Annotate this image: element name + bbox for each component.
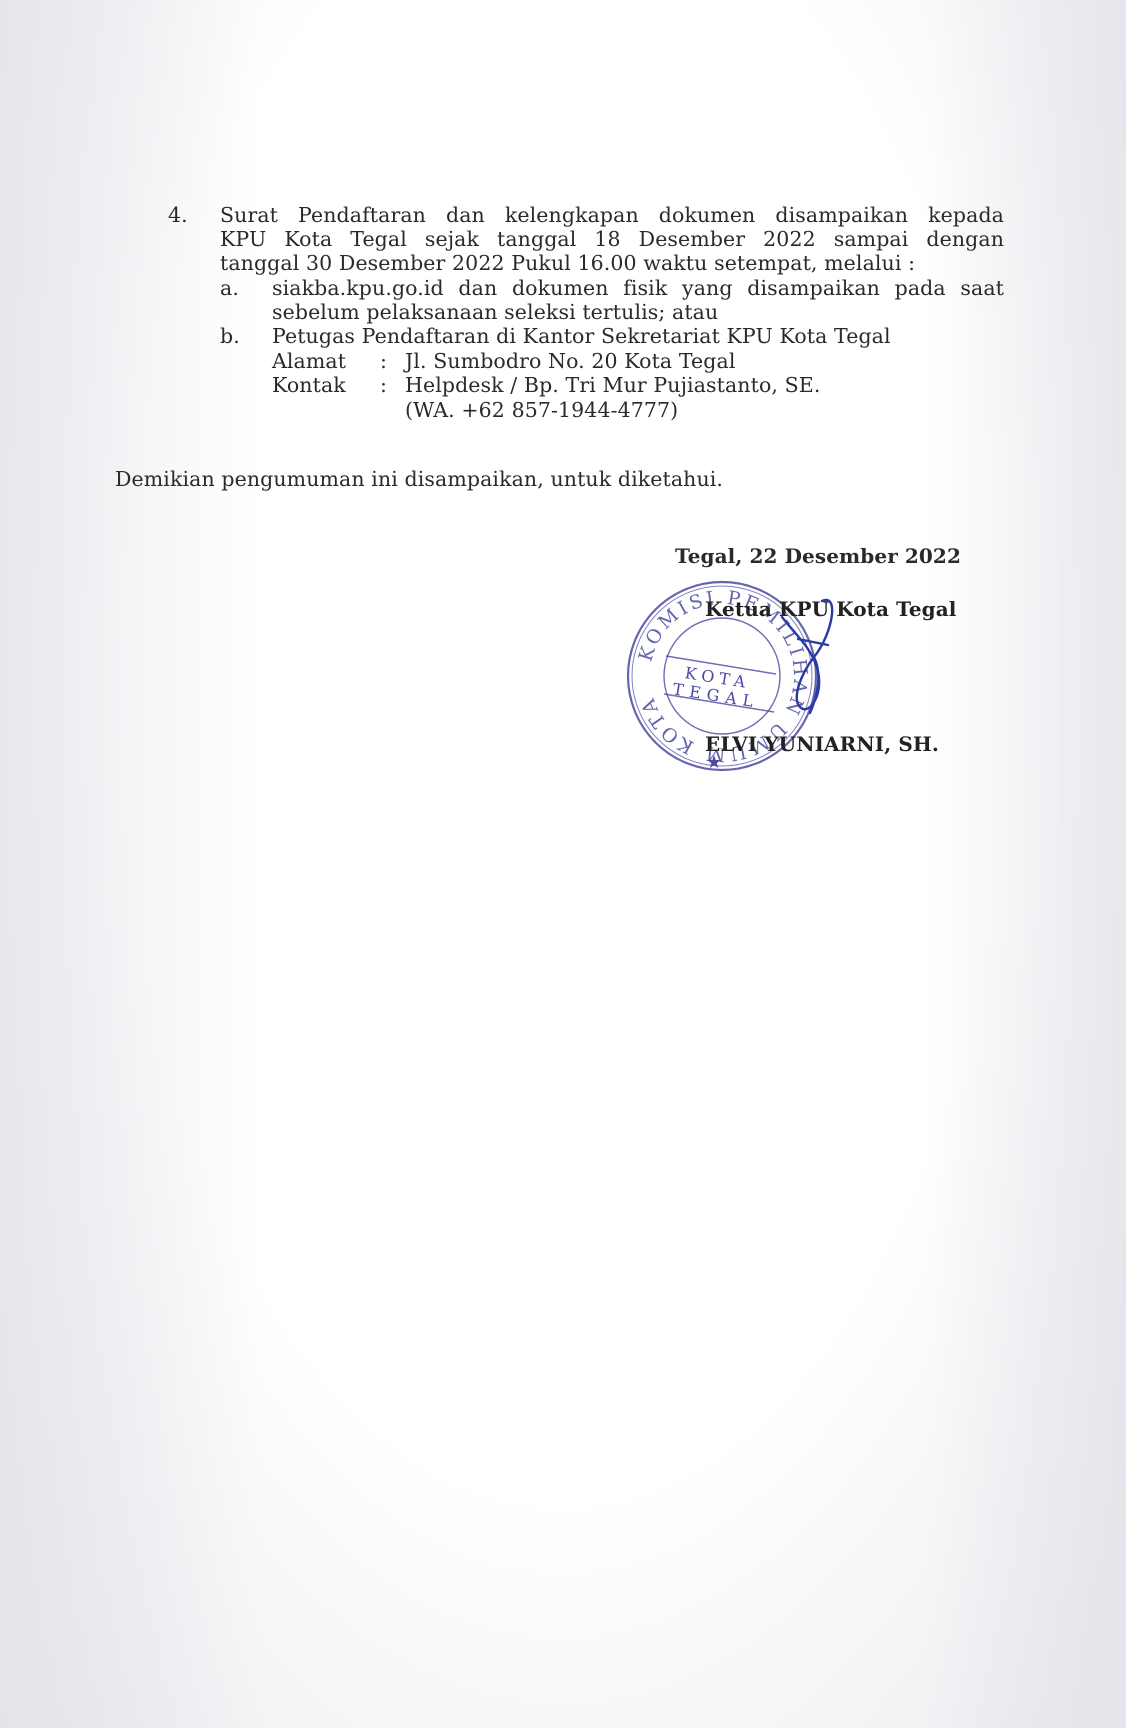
item4-line-1: Surat Pendaftaran dan kelengkapan dokume… xyxy=(220,203,1004,227)
sub-b-text: Petugas Pendaftaran di Kantor Sekretaria… xyxy=(272,324,891,348)
sub-a-line-1: siakba.kpu.go.id dan dokumen fisik yang … xyxy=(272,276,1004,300)
alamat-label: Alamat xyxy=(272,349,346,373)
handwritten-signature-icon xyxy=(770,595,850,725)
place-date: Tegal, 22 Desember 2022 xyxy=(675,544,961,568)
item-number: 4. xyxy=(168,203,188,227)
signer-name: ELVI YUNIARNI, SH. xyxy=(705,732,939,756)
kontak-colon: : xyxy=(380,373,387,397)
sub-b-label: b. xyxy=(220,324,240,348)
kontak-label: Kontak xyxy=(272,373,346,397)
item4-line-3: tanggal 30 Desember 2022 Pukul 16.00 wak… xyxy=(220,251,915,275)
closing-statement: Demikian pengumuman ini disampaikan, unt… xyxy=(115,467,723,491)
alamat-colon: : xyxy=(380,349,387,373)
alamat-value: Jl. Sumbodro No. 20 Kota Tegal xyxy=(405,349,736,373)
kontak-value: Helpdesk / Bp. Tri Mur Pujiastanto, SE. xyxy=(405,373,820,397)
sub-a-line-2: sebelum pelaksanaan seleksi tertulis; at… xyxy=(272,300,718,324)
kontak-wa: (WA. +62 857-1944-4777) xyxy=(405,398,678,422)
scan-shadow-right xyxy=(926,0,1126,1728)
sub-a-label: a. xyxy=(220,276,239,300)
item4-line-2: KPU Kota Tegal sejak tanggal 18 Desember… xyxy=(220,227,1004,251)
